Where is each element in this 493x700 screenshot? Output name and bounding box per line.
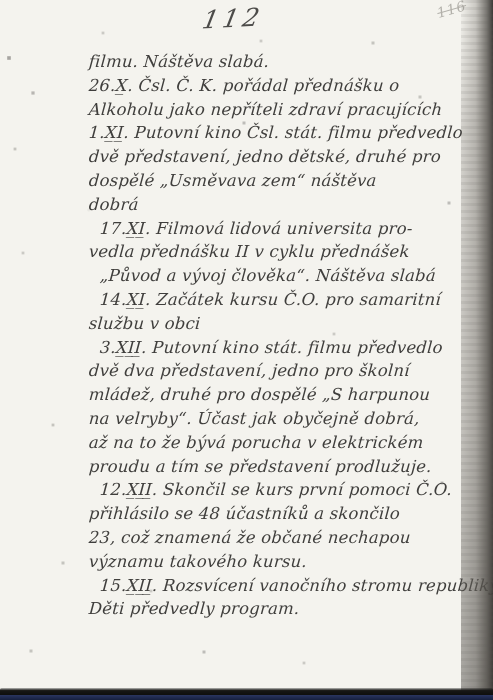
handwritten-line: přihlásilo se 48 účastníků a skončilo <box>88 502 470 526</box>
handwritten-line: 23, což znamená že občané nechapou <box>88 526 470 550</box>
handwritten-line: vedla přednášku II v cyklu přednášek <box>88 240 470 264</box>
scanned-document-page: 112 116 filmu. Náštěva slabá.26.X̲. Čsl.… <box>0 0 493 700</box>
handwritten-lines: filmu. Náštěva slabá.26.X̲. Čsl. Č. K. p… <box>88 50 468 621</box>
handwritten-line: 14.X̲I̲. Začátek kursu Č.O. pro samaritn… <box>88 288 470 312</box>
handwritten-line: 15.X̲I̲I̲. Rozsvícení vanočního stromu r… <box>88 574 470 598</box>
handwritten-line: 1.X̲I̲. Putovní kino Čsl. stát. filmu př… <box>88 121 470 145</box>
handwritten-line: Děti předvedly program. <box>88 597 470 621</box>
handwritten-line: Alkoholu jako nepříteli zdraví pracující… <box>88 98 470 122</box>
handwritten-line: dvě představení, jedno dětské, druhé pro <box>88 145 470 169</box>
handwritten-line: 26.X̲. Čsl. Č. K. pořádal přednášku o <box>88 74 470 98</box>
handwritten-line: „Původ a vývoj člověka“. Náštěva slabá <box>88 264 470 288</box>
handwritten-line: až na to že bývá porucha v elektrickém <box>88 431 470 455</box>
handwritten-line: významu takového kursu. <box>88 550 470 574</box>
handwritten-line: 17.X̲I̲. Filmová lidová universita pro- <box>88 217 470 241</box>
handwritten-line: proudu a tím se představení prodlužuje. <box>88 455 470 479</box>
handwritten-line: na velryby“. Účast jak obyčejně dobrá, <box>88 407 470 431</box>
handwritten-line: dobrá <box>88 193 470 217</box>
scan-noise-speckles <box>0 0 2 2</box>
handwritten-line: filmu. Náštěva slabá. <box>88 50 470 74</box>
page-edge-shadow <box>461 0 493 700</box>
handwritten-line: dvě dva představení, jedno pro školní <box>88 359 470 383</box>
handwritten-line: službu v obci <box>88 312 470 336</box>
page-number: 112 <box>200 2 266 34</box>
scan-bottom-navy-band <box>0 695 493 700</box>
handwritten-line: 12.X̲I̲I̲. Skončil se kurs první pomoci … <box>88 478 470 502</box>
handwritten-line: 3.X̲I̲I̲. Putovní kino stát. filmu předv… <box>88 336 470 360</box>
handwritten-line: mládež, druhé pro dospělé „S harpunou <box>88 383 470 407</box>
handwritten-line: dospělé „Usměvava zem“ náštěva <box>88 169 470 193</box>
